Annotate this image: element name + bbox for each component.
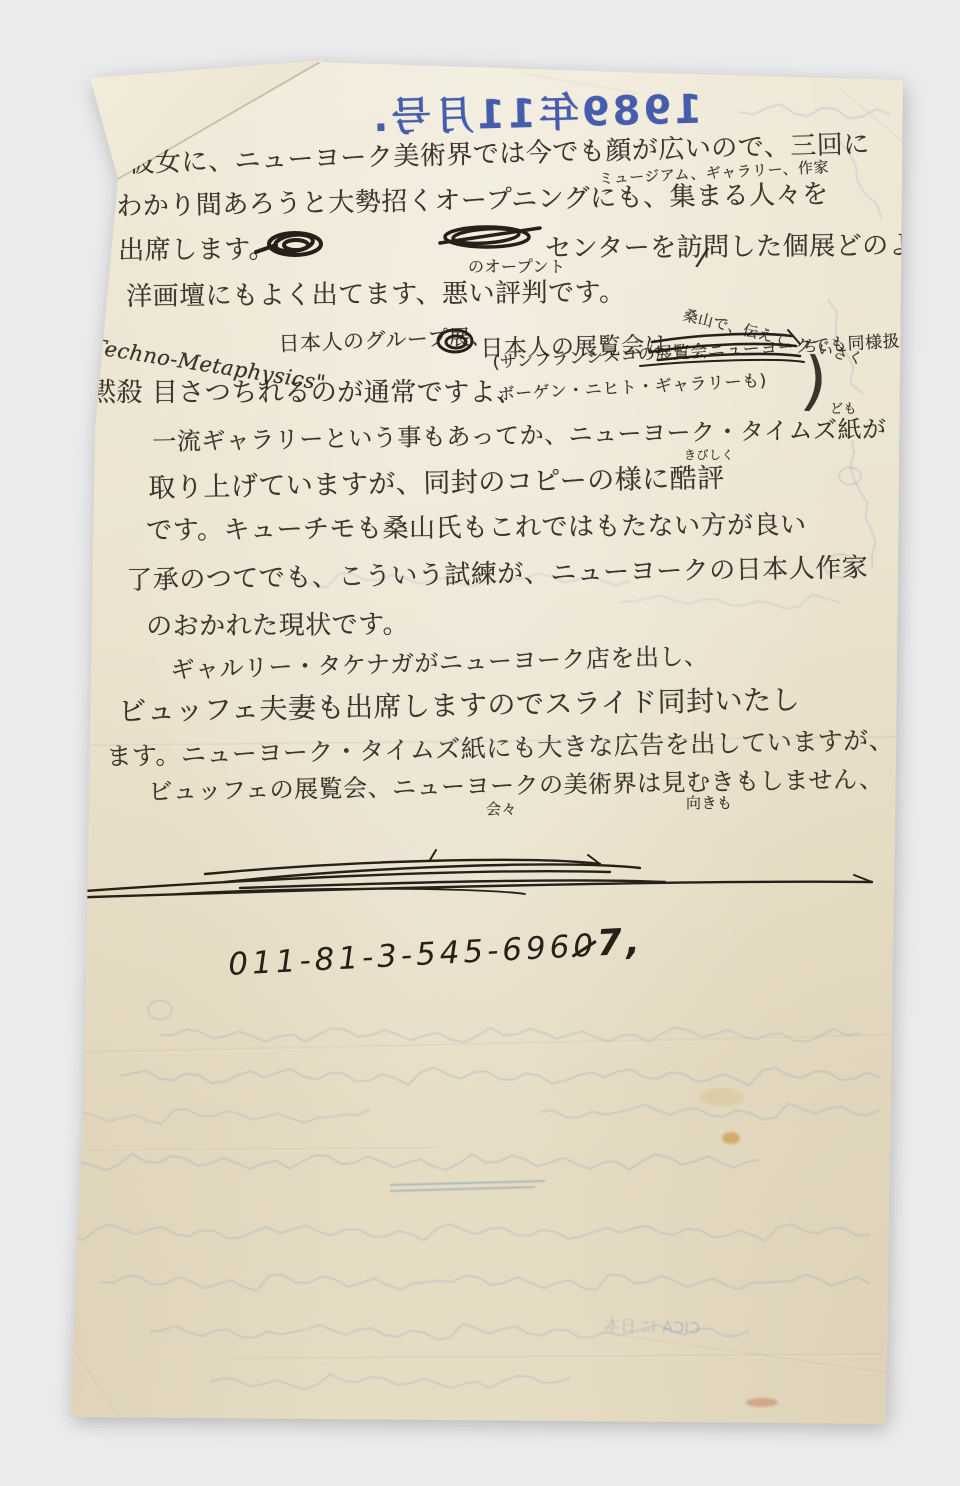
bleed-stroke bbox=[70, 1224, 870, 1241]
handwritten-line: センターを訪問した個展どのような bbox=[545, 224, 960, 265]
bleed-stroke bbox=[70, 1110, 370, 1124]
strikeout-scribble bbox=[62, 850, 872, 903]
paper-sheet: 1989年11月号. Sep. 29, 1989 CICA に 日本 彼女に、ニ… bbox=[0, 0, 960, 1486]
bleed-stroke bbox=[100, 1274, 870, 1290]
handwritten-line: 黙殺 目さつちれるのが通常ですよ、 bbox=[90, 372, 523, 409]
phone-suffix: 7, bbox=[596, 921, 645, 964]
handwritten-annotation: 向きも bbox=[686, 792, 733, 813]
phone-struck-digit: 0 bbox=[572, 928, 598, 965]
handwritten-line: 洋画壇にもよく出てます、悪い評判です。 bbox=[126, 272, 626, 313]
bleed-stroke bbox=[440, 1424, 650, 1437]
phone-number: 011-81-3-545-69607, bbox=[227, 921, 644, 984]
handwritten-line: 了承のつてでも、こういう試練が、ニューヨークの日本人作家 bbox=[126, 547, 869, 597]
handwritten-annotation: のオープント bbox=[468, 254, 566, 277]
scribble-blob bbox=[440, 227, 540, 247]
bleed-stroke bbox=[620, 594, 840, 609]
letter-paper: 1989年11月号. Sep. 29, 1989 CICA に 日本 彼女に、ニ… bbox=[0, 0, 960, 1486]
handwritten-line: 日本人のグループ展、 bbox=[278, 321, 492, 358]
bleed-stroke bbox=[210, 1374, 570, 1389]
phone-prefix: 011-81-3-545-696 bbox=[227, 929, 574, 983]
stain bbox=[8, 6, 14, 12]
bleed-underline bbox=[390, 1181, 545, 1191]
crease-line bbox=[38, 1302, 126, 1427]
handwritten-line: ギャルリー・タケナガがニューヨーク店を出し、 bbox=[170, 636, 709, 685]
stain bbox=[700, 1088, 744, 1106]
bleed-stroke bbox=[120, 1068, 880, 1086]
handwritten-line: ボーゲン・ニヒト・ギャラリーも) bbox=[497, 366, 767, 405]
bleed-stroke bbox=[540, 1103, 880, 1119]
bleed-stroke bbox=[80, 1154, 760, 1171]
stain bbox=[722, 1132, 740, 1144]
bleed-stroke bbox=[24, 149, 63, 258]
bleed-circle bbox=[148, 1001, 172, 1020]
scanned-letter-photo: 1989年11月号. Sep. 29, 1989 CICA に 日本 彼女に、ニ… bbox=[0, 0, 960, 1486]
handwritten-annotation: ども bbox=[830, 398, 857, 417]
handwritten-line: です。キューチモも桑山氏もこれではもたない方が良い bbox=[146, 504, 807, 547]
crease-line bbox=[60, 1147, 440, 1153]
handwritten-annotation: きびしく bbox=[684, 446, 734, 463]
crease-line bbox=[55, 1034, 905, 1055]
handwritten-line: 一流ギャラリーという事もあってか、ニューヨーク・タイムズ紙が bbox=[152, 409, 887, 457]
bleed-circle bbox=[839, 467, 861, 484]
stain bbox=[746, 1398, 778, 1407]
handwritten-line: 出席します。 bbox=[118, 229, 275, 267]
handwritten-line: のおかれた現状です。 bbox=[146, 604, 409, 643]
handwritten-line: ビュッフェ夫妻も出席しますのでスライド同封いたし bbox=[118, 678, 800, 730]
handwritten-annotation: 会々 bbox=[486, 798, 517, 819]
handwritten-line: 取り上げていますが、同封のコピーの様に酷評 bbox=[148, 456, 725, 505]
